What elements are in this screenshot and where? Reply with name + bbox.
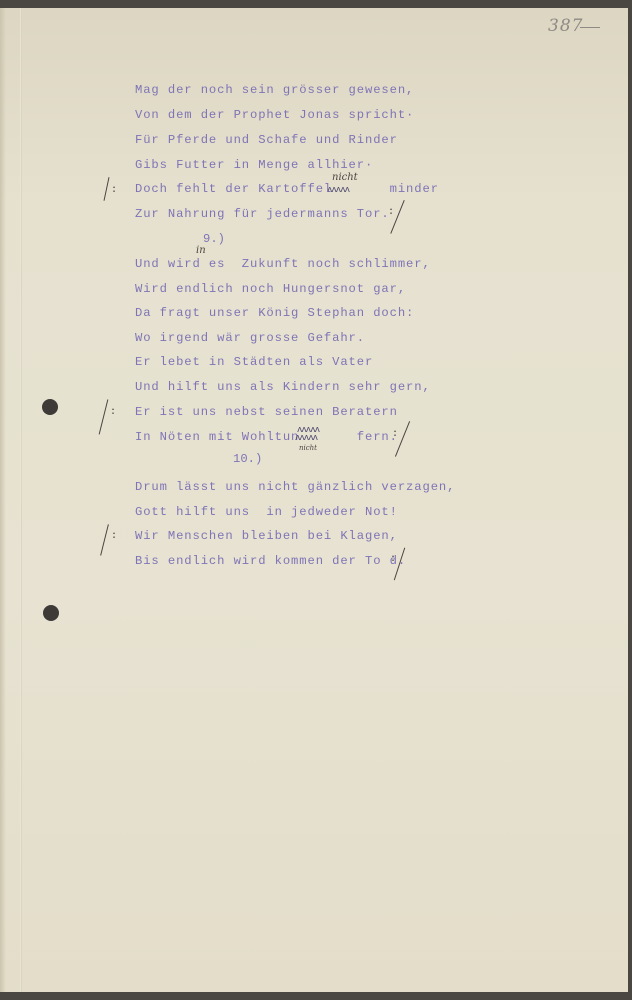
verse-line: Für Pferde und Schafe und Rinder bbox=[135, 133, 398, 147]
repeat-dots: : bbox=[112, 527, 116, 541]
punch-hole-upper bbox=[42, 399, 58, 415]
page-edge-shadow bbox=[0, 8, 6, 992]
verse-line: Und hilft uns als Kindern sehr gern, bbox=[135, 380, 431, 394]
verse-line: Gott hilft uns in jedweder Not! bbox=[135, 505, 398, 519]
strikeout-squiggle: ᴧᴧᴧᴧᴧ bbox=[295, 433, 317, 443]
verse-line: Von dem der Prophet Jonas spricht· bbox=[135, 108, 414, 122]
verse-line: Da fragt unser König Stephan doch: bbox=[135, 306, 414, 320]
verse-line: Und wird es Zukunft noch schlimmer, bbox=[135, 257, 431, 271]
repeat-dots: : bbox=[111, 403, 115, 417]
verse-line: In Nöten mit Wohltun fern. bbox=[135, 430, 398, 444]
repeat-dots: : bbox=[389, 203, 393, 217]
verse-line: Gibs Futter in Menge allhier· bbox=[135, 158, 373, 172]
verse-line: Er ist uns nebst seinen Beratern bbox=[135, 405, 398, 419]
stanza-number: 10.) bbox=[233, 452, 262, 466]
verse-line: Wo irgend wär grosse Gefahr. bbox=[135, 331, 365, 345]
verse-line: Zur Nahrung für jedermanns Tor. bbox=[135, 207, 390, 221]
verse-line: Drum lässt uns nicht gänzlich verzagen, bbox=[135, 480, 455, 494]
verse-line: Wird endlich noch Hungersnot gar, bbox=[135, 282, 406, 296]
verse-line: Wir Menschen bleiben bei Klagen, bbox=[135, 529, 398, 543]
handwritten-insert: nicht bbox=[332, 172, 358, 183]
page-number: 387 bbox=[548, 16, 583, 36]
punch-hole-lower bbox=[43, 605, 59, 621]
handwritten-insert: nicht bbox=[299, 444, 317, 452]
repeat-dots: : bbox=[112, 181, 116, 195]
verse-line: Bis endlich wird kommen der To d. bbox=[135, 554, 406, 568]
repeat-dots: : bbox=[393, 425, 397, 439]
verse-line: Doch fehlt der Kartoffel minder bbox=[135, 182, 439, 196]
verse-line: Er lebet in Städten als Vater bbox=[135, 355, 373, 369]
strikeout-squiggle: ᴧᴧᴧᴧᴧ bbox=[327, 185, 349, 195]
verse-line: Mag der noch sein grösser gewesen, bbox=[135, 83, 414, 97]
page-number-underline bbox=[580, 27, 600, 28]
repeat-dots: : bbox=[391, 550, 395, 564]
stanza-number: 9.) bbox=[203, 232, 225, 246]
document-page bbox=[0, 8, 628, 992]
handwritten-insert: in bbox=[196, 245, 206, 256]
page-fold-line bbox=[20, 8, 22, 992]
